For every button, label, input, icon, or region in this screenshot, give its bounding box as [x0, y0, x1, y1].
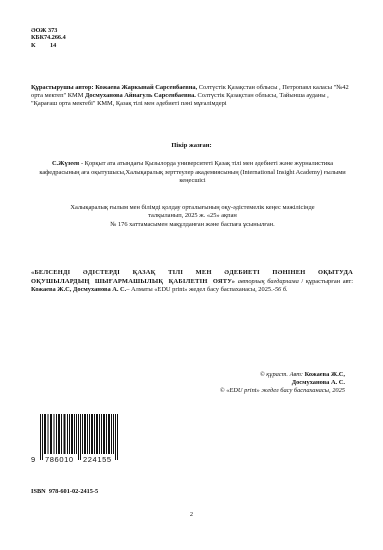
classification-codes: ӘОЖ 373 КБК 74.266.4 К 14: [31, 27, 66, 49]
bib-publisher: – Алматы «EDU print» жедел басу баспахан…: [126, 286, 272, 293]
approval-note: Халықаралық ғылым мен білімді қолдау орт…: [30, 204, 355, 229]
isbn-value: 978-601-02-2415-5: [49, 488, 98, 495]
isbn-barcode: 9 786010 224155: [31, 414, 131, 466]
isbn-label: ISBN: [31, 488, 46, 495]
udc-row: ӘОЖ 373: [31, 27, 66, 34]
authors-paragraph: Құрастырушы автор: Кожаева Жаркынай Сарс…: [31, 84, 353, 108]
reviewer-heading: Пікір жазған:: [0, 142, 383, 149]
bibliographic-description: «БЕЛСЕНДІ ӘДІСТЕРДІ ҚАЗАҚ ТІЛІ МЕН ӘДЕБИ…: [31, 269, 353, 295]
barcode-digits-left: 786010: [45, 455, 74, 464]
copyright-author1: Кожаева Ж.С,: [305, 371, 345, 378]
udc-label: ӘОЖ: [31, 27, 48, 34]
author2-name: Досмуханова Айнагуль Сарсенбаевна.: [85, 92, 196, 99]
udc-value: 373: [48, 27, 57, 34]
approval-line-2: талқыланып, 2025 ж. «25» ақпан: [30, 212, 355, 220]
author1-name: Кожаева Жаркынай Сарсенбаевна,: [95, 84, 197, 91]
bib-separator: / құрастырған авт:: [299, 278, 353, 285]
copyright-block: © құраст. Авт: Кожаева Ж.С, Досмуханова …: [220, 371, 345, 396]
author-mark-row: К 14: [31, 42, 66, 49]
barcode-digit-first: 9: [31, 455, 35, 464]
approval-line-3: № 176 хаттамасымен мақұлданған және басп…: [30, 221, 355, 229]
copyright-prefix: © құраст. Авт:: [260, 371, 305, 378]
reviewer-name: С.Жүзеев: [52, 160, 79, 167]
approval-line-1: Халықаралық ғылым мен білімді қолдау орт…: [30, 204, 355, 212]
reviewer-description: - Қорқыт ата атындағы Қызылорда универси…: [39, 160, 345, 184]
document-page: ӘОЖ 373 КБК 74.266.4 К 14 Құрастырушы ав…: [0, 0, 383, 550]
author-mark-label: К: [31, 42, 50, 49]
book-type: авторлық бағдарлама: [235, 278, 299, 285]
bib-authors: Кожаева Ж.С, Досмуханова А. С.: [31, 286, 126, 293]
authors-label: Құрастырушы автор:: [31, 84, 95, 91]
reviewer-paragraph: С.Жүзеев - Қорқыт ата атындағы Қызылорда…: [35, 160, 350, 186]
page-number: 2: [0, 511, 383, 518]
isbn-line: ISBN 978-601-02-2415-5: [31, 488, 98, 495]
copyright-publisher: © «EDU print» жедел басу баспаханасы, 20…: [220, 387, 345, 395]
bbk-row: КБК 74.266.4: [31, 34, 66, 41]
author-mark-value: 14: [50, 42, 56, 49]
barcode-digits-right: 224155: [83, 455, 112, 464]
bib-pages: -56 б.: [273, 286, 288, 293]
bbk-label: КБК: [31, 34, 44, 41]
bbk-value: 74.266.4: [44, 34, 66, 41]
copyright-authors-line: © құраст. Авт: Кожаева Ж.С,: [220, 371, 345, 379]
copyright-author2: Досмуханова А. С.: [220, 379, 345, 387]
